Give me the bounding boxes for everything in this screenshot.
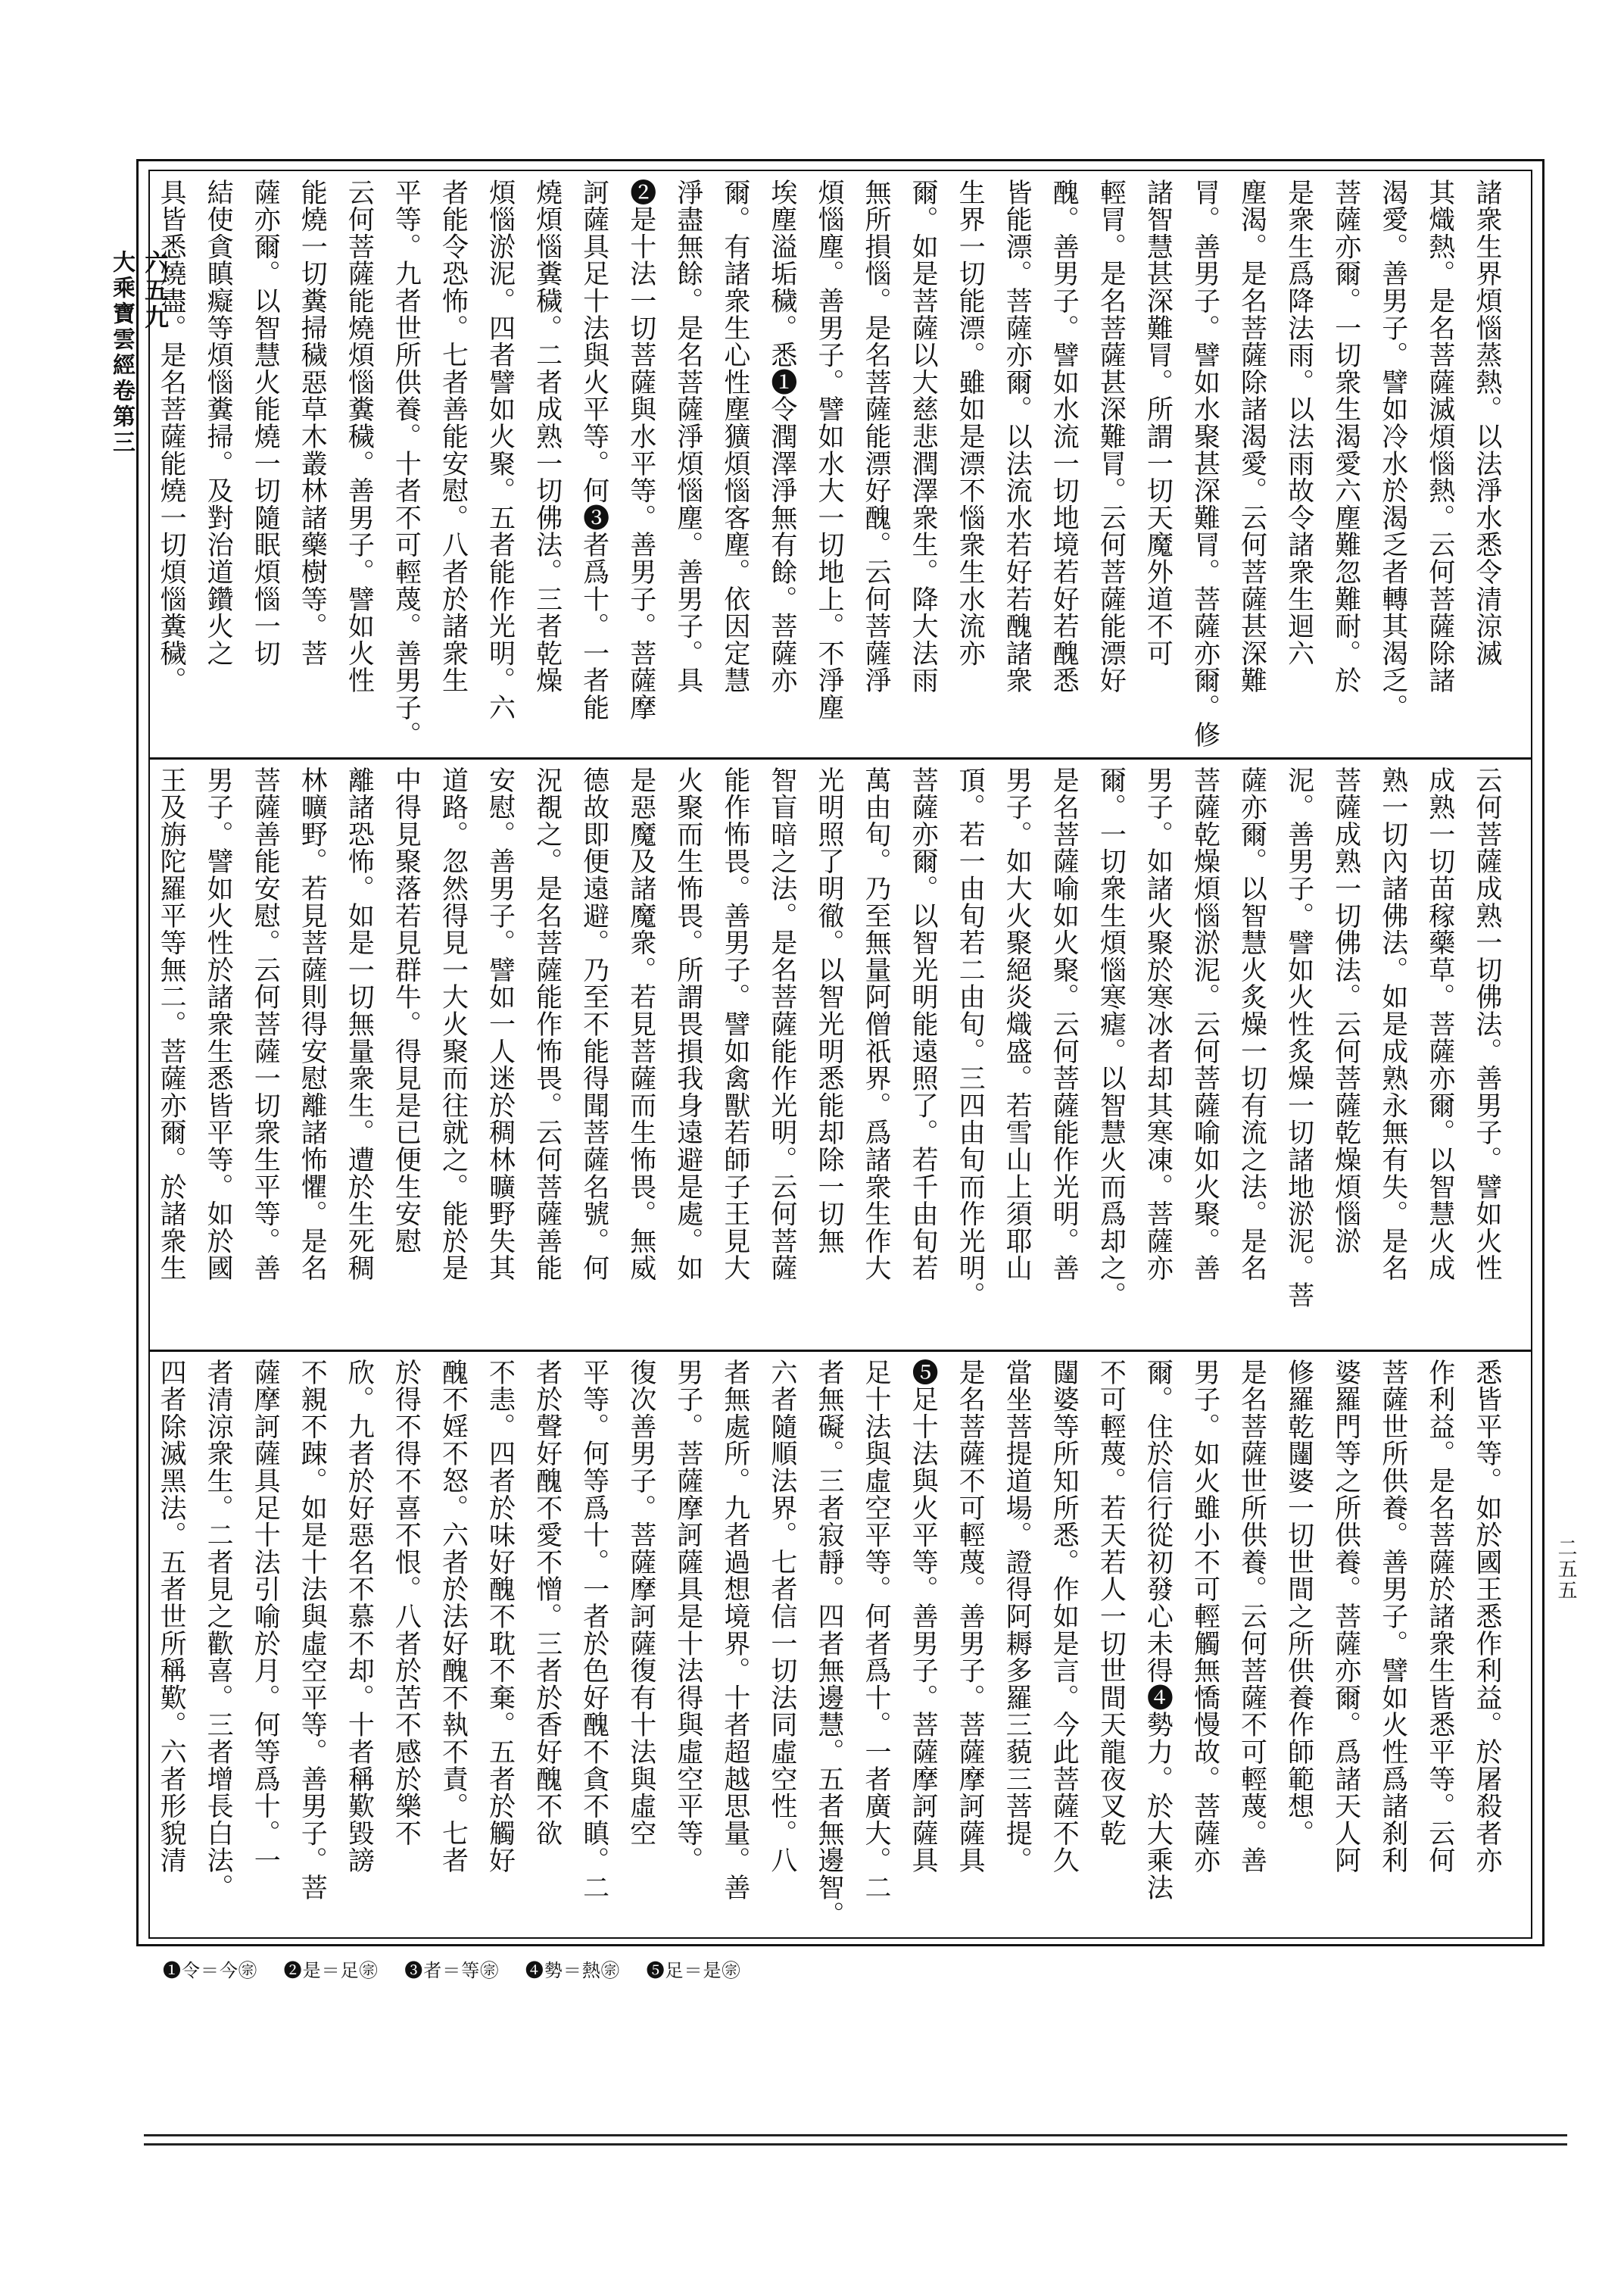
column-group: 悉皆平等。如於國王悉作利益。於屠殺者亦作利益。是名菩薩於諸衆生皆悉平等。云何菩薩… xyxy=(159,1359,1522,1931)
text-column: 平等。九者世所供養。十者不可輕蔑。善男子。 xyxy=(394,179,441,751)
text-column: 其熾熱。是名菩薩滅煩惱熱。云何菩薩除諸 xyxy=(1428,179,1475,751)
text-column: 萬由旬。乃至無量阿僧祇界。爲諸衆生作大 xyxy=(864,766,911,1339)
text-column: 平等。何等爲十。一者於色好醜不貪不瞋。二 xyxy=(582,1359,629,1931)
text-column: 菩薩世所供養。善男子。譬如火性爲諸刹利 xyxy=(1381,1359,1428,1931)
text-column: 況覩之。是名菩薩能作怖畏。云何菩薩善能 xyxy=(535,766,582,1339)
text-column: 者能令恐怖。七者善能安慰。八者於諸衆生 xyxy=(441,179,488,751)
text-column: ❷是十法一切菩薩與水平等。善男子。菩薩摩 xyxy=(629,179,676,751)
bottom-rule xyxy=(144,2143,1567,2146)
volume-page-number: 二五五 xyxy=(1552,1537,1580,1601)
text-column: 復次善男子。菩薩摩訶薩復有十法與虛空 xyxy=(629,1359,676,1931)
text-column: 煩惱淤泥。四者譬如火聚。五者能作光明。六 xyxy=(488,179,535,751)
text-column: 成熟一切苗稼藥草。菩薩亦爾。以智慧火成 xyxy=(1428,766,1475,1339)
text-column: 足十法與虛空平等。何者爲十。一者廣大。二 xyxy=(864,1359,911,1931)
text-column: 能燒一切糞掃穢惡草木叢林諸藥樹等。菩 xyxy=(300,179,347,751)
footnote: ❺足＝是㊪ xyxy=(647,1960,741,1981)
footnotes: ❶令＝今㊪ ❷是＝足㊪ ❸者＝等㊪ ❹勢＝熱㊪ ❺足＝是㊪ xyxy=(163,1955,761,1982)
text-column: 悉皆平等。如於國王悉作利益。於屠殺者亦 xyxy=(1475,1359,1522,1931)
text-column: 是名菩薩世所供養。云何菩薩不可輕蔑。善 xyxy=(1239,1359,1286,1931)
text-column: 者清涼衆生。二者見之歡喜。三者增長白法。 xyxy=(206,1359,253,1931)
text-column: 於得不得不喜不恨。八者於苦不感於樂不 xyxy=(394,1359,441,1931)
text-column: 結使貪瞋癡等煩惱糞掃。及對治道鑽火之 xyxy=(206,179,253,751)
text-column: 欣。九者於好惡名不慕不却。十者稱歎毀謗 xyxy=(347,1359,394,1931)
text-column: 者無處所。九者過想境界。十者超越思量。善 xyxy=(723,1359,770,1931)
text-column: 醜。善男子。譬如水流一切地境若好若醜悉 xyxy=(1052,179,1099,751)
text-column: 薩亦爾。以智慧火能燒一切隨眠煩惱一切 xyxy=(253,179,300,751)
text-column: 修羅乾闥婆一切世間之所供養作師範想。 xyxy=(1287,1359,1334,1931)
text-column: 不恚。四者於味好醜不耽不棄。五者於觸好 xyxy=(488,1359,535,1931)
text-column: 煩惱塵。善男子。譬如水大一切地上。不淨塵 xyxy=(817,179,864,751)
text-column: 頂。若一由旬若二由旬。三四由旬而作光明。 xyxy=(958,766,1005,1339)
text-column: 男子。菩薩摩訶薩具是十法得與虛空平等。 xyxy=(676,1359,723,1931)
text-column: 是衆生爲降法雨。以法雨故令諸衆生迴六 xyxy=(1287,179,1334,751)
footnote: ❸者＝等㊪ xyxy=(404,1960,499,1981)
running-title: 大乘寶雲經卷第三 xyxy=(108,250,135,456)
text-column: 淨盡無餘。是名菩薩淨煩惱塵。善男子。具 xyxy=(676,179,723,751)
text-column: 婆羅門等之所供養。菩薩亦爾。爲諸天人阿 xyxy=(1334,1359,1381,1931)
text-column: 無所損惱。是名菩薩能漂好醜。云何菩薩淨 xyxy=(864,179,911,751)
text-column: 菩薩成熟一切佛法。云何菩薩乾燥煩惱淤 xyxy=(1334,766,1381,1339)
text-column: 作利益。是名菩薩於諸衆生皆悉平等。云何 xyxy=(1428,1359,1475,1931)
text-column: 王及旃陀羅平等無二。菩薩亦爾。於諸衆生 xyxy=(159,766,206,1339)
text-column: 醜不婬不怒。六者於法好醜不執不責。七者 xyxy=(441,1359,488,1931)
text-column: 具皆悉燒盡。是名菩薩能燒一切煩惱糞穢。 xyxy=(159,179,206,751)
text-column: 訶薩具足十法與火平等。何❸者爲十。一者能 xyxy=(582,179,629,751)
text-column: 埃塵溢垢穢。悉❶令潤澤淨無有餘。菩薩亦 xyxy=(770,179,817,751)
text-column: 輕冐。是名菩薩甚深難冐。云何菩薩能漂好 xyxy=(1099,179,1146,751)
text-column: 泥。善男子。譬如火性炙燥一切諸地淤泥。菩 xyxy=(1287,766,1334,1339)
text-column: 能作怖畏。善男子。譬如禽獸若師子王見大 xyxy=(723,766,770,1339)
text-column: 菩薩乾燥煩惱淤泥。云何菩薩喻如火聚。善 xyxy=(1192,766,1239,1339)
text-column: 皆能漂。菩薩亦爾。以法流水若好若醜諸衆 xyxy=(1005,179,1052,751)
section-divider xyxy=(148,1350,1532,1352)
text-column: 不可輕蔑。若天若人一切世間天龍夜叉乾 xyxy=(1099,1359,1146,1931)
footnote: ❶令＝今㊪ xyxy=(163,1960,257,1981)
text-column: ❺足十法與火平等。善男子。菩薩摩訶薩具 xyxy=(911,1359,958,1931)
column-group: 云何菩薩成熟一切佛法。善男子。譬如火性成熟一切苗稼藥草。菩薩亦爾。以智慧火成熟一… xyxy=(159,766,1522,1339)
text-column: 者於聲好醜不愛不憎。三者於香好醜不欲 xyxy=(535,1359,582,1931)
text-column: 爾。如是菩薩以大慈悲潤澤衆生。降大法雨 xyxy=(911,179,958,751)
text-column: 諸衆生界煩惱蒸熱。以法淨水悉令清涼滅 xyxy=(1475,179,1522,751)
text-column: 光明照了明徹。以智光明悉能却除一切無 xyxy=(817,766,864,1339)
text-column: 闥婆等所知所悉。作如是言。今此菩薩不久 xyxy=(1052,1359,1099,1931)
text-column: 渴愛。善男子。譬如冷水於渴乏者轉其渴乏。 xyxy=(1381,179,1428,751)
text-column: 爾。有諸衆生心性塵獷煩惱客塵。依因定慧 xyxy=(723,179,770,751)
text-column: 火聚而生怖畏。所謂畏損我身遠避是處。如 xyxy=(676,766,723,1339)
footnote: ❹勢＝熱㊪ xyxy=(525,1960,620,1981)
text-column: 是名菩薩喻如火聚。云何菩薩能作光明。善 xyxy=(1052,766,1099,1339)
text-column: 薩亦爾。以智慧火炙燥一切有流之法。是名 xyxy=(1239,766,1286,1339)
text-column: 是名菩薩不可輕蔑。善男子。菩薩摩訶薩具 xyxy=(958,1359,1005,1931)
text-column: 者無礙。三者寂靜。四者無邊慧。五者無邊智。 xyxy=(817,1359,864,1931)
bottom-rule xyxy=(144,2134,1567,2136)
text-column: 當坐菩提道場。證得阿耨多羅三藐三菩提。 xyxy=(1005,1359,1052,1931)
text-column: 德故即便遠避。乃至不能得聞菩薩名號。何 xyxy=(582,766,629,1339)
text-column: 生界一切能漂。雖如是漂不惱衆生水流亦 xyxy=(958,179,1005,751)
column-group: 諸衆生界煩惱蒸熱。以法淨水悉令清涼滅其熾熱。是名菩薩滅煩惱熱。云何菩薩除諸渴愛。… xyxy=(159,179,1522,751)
text-section-middle: 云何菩薩成熟一切佛法。善男子。譬如火性成熟一切苗稼藥草。菩薩亦爾。以智慧火成熟一… xyxy=(159,766,1522,1339)
text-column: 諸智慧甚深難冐。所謂一切天魔外道不可 xyxy=(1146,179,1192,751)
text-column: 爾。一切衆生煩惱寒瘧。以智慧火而爲却之。 xyxy=(1099,766,1146,1339)
text-column: 塵渴。是名菩薩除諸渴愛。云何菩薩甚深難 xyxy=(1239,179,1286,751)
text-column: 燒煩惱糞穢。二者成熟一切佛法。三者乾燥 xyxy=(535,179,582,751)
text-column: 離諸恐怖。如是一切無量衆生。遭於生死稠 xyxy=(347,766,394,1339)
text-column: 道路。忽然得見一大火聚而往就之。能於是 xyxy=(441,766,488,1339)
text-column: 智盲暗之法。是名菩薩能作光明。云何菩薩 xyxy=(770,766,817,1339)
text-column: 男子。如諸火聚於寒冰者却其寒凍。菩薩亦 xyxy=(1146,766,1192,1339)
text-section-lower: 悉皆平等。如於國王悉作利益。於屠殺者亦作利益。是名菩薩於諸衆生皆悉平等。云何菩薩… xyxy=(159,1359,1522,1931)
text-column: 冐。善男子。譬如水聚甚深難冐。菩薩亦爾。修 xyxy=(1192,179,1239,751)
text-column: 菩薩亦爾。一切衆生渴愛六塵難忽難耐。於 xyxy=(1334,179,1381,751)
text-column: 菩薩亦爾。以智光明能遠照了。若千由旬若 xyxy=(911,766,958,1339)
text-column: 四者除滅黑法。五者世所稱歎。六者形貌清 xyxy=(159,1359,206,1931)
text-section-upper: 諸衆生界煩惱蒸熱。以法淨水悉令清涼滅其熾熱。是名菩薩滅煩惱熱。云何菩薩除諸渴愛。… xyxy=(159,179,1522,751)
text-column: 林曠野。若見菩薩則得安慰離諸怖懼。是名 xyxy=(300,766,347,1339)
text-column: 安慰。善男子。譬如一人迷於稠林曠野失其 xyxy=(488,766,535,1339)
text-column: 熟一切內諸佛法。如是成熟永無有失。是名 xyxy=(1381,766,1428,1339)
text-column: 男子。如火雖小不可輕觸無憍慢故。菩薩亦 xyxy=(1192,1359,1239,1931)
text-column: 男子。譬如火性於諸衆生悉皆平等。如於國 xyxy=(206,766,253,1339)
text-column: 中得見聚落若見群牛。得見是已便生安慰 xyxy=(394,766,441,1339)
text-column: 云何菩薩成熟一切佛法。善男子。譬如火性 xyxy=(1475,766,1522,1339)
text-column: 云何菩薩能燒煩惱糞穢。善男子。譬如火性 xyxy=(347,179,394,751)
text-column: 不親不踈。如是十法與虛空平等。善男子。菩 xyxy=(300,1359,347,1931)
text-column: 菩薩善能安慰。云何菩薩一切衆生平等。善 xyxy=(253,766,300,1339)
text-column: 是惡魔及諸魔衆。若見菩薩而生怖畏。無威 xyxy=(629,766,676,1339)
text-column: 爾。住於信行從初發心未得❹勢力。於大乘法 xyxy=(1146,1359,1192,1931)
footnote: ❷是＝足㊪ xyxy=(284,1960,379,1981)
section-divider xyxy=(148,757,1532,760)
text-column: 男子。如大火聚絕炎熾盛。若雪山上須耶山 xyxy=(1005,766,1052,1339)
text-column: 六者隨順法界。七者信一切法同虛空性。八 xyxy=(770,1359,817,1931)
text-column: 薩摩訶薩具足十法引喻於月。何等爲十。一 xyxy=(253,1359,300,1931)
